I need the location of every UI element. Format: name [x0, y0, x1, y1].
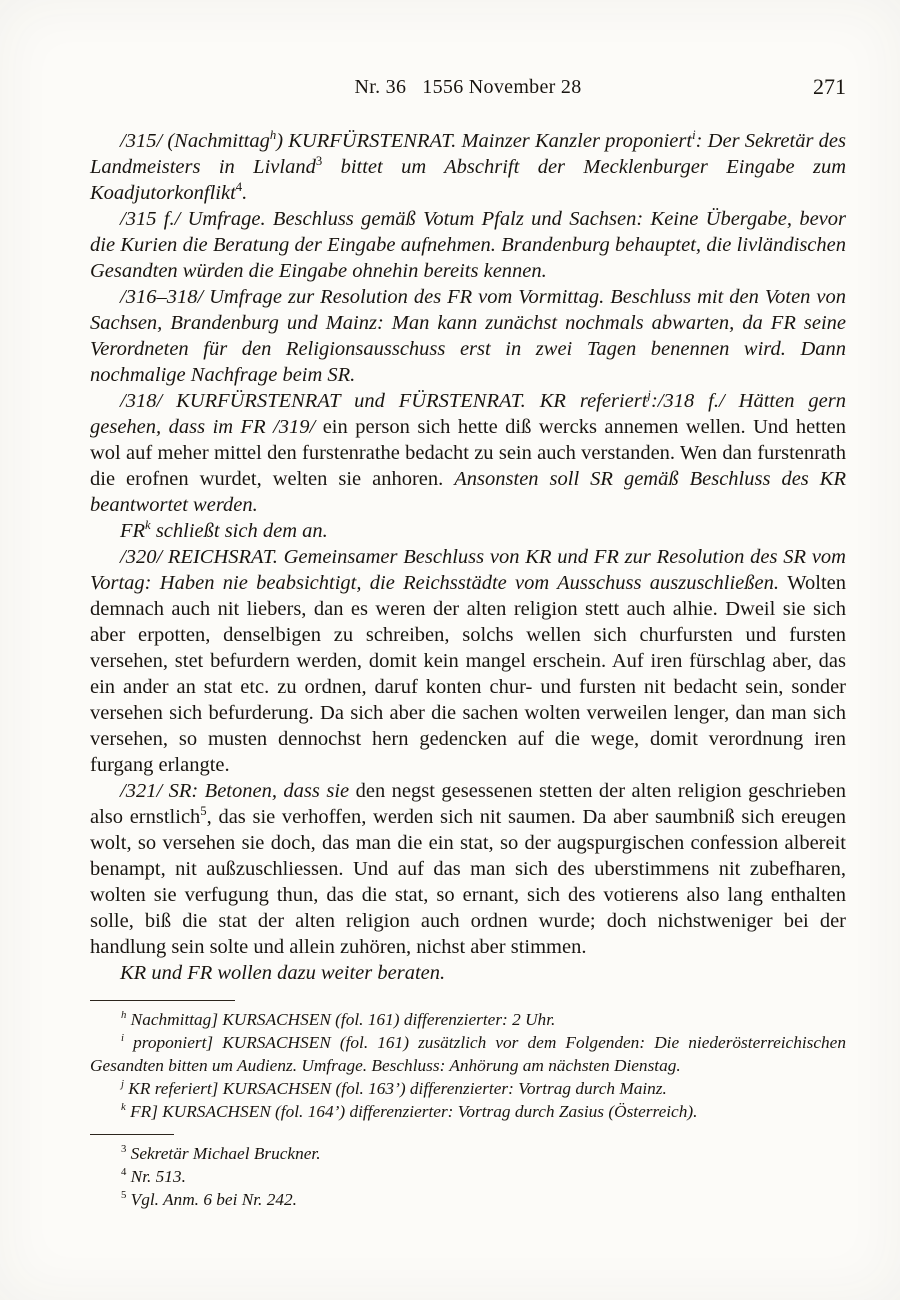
page-number: 271	[813, 74, 846, 100]
text-run: KR referiert] KURSACHSEN (fol. 163’) dif…	[124, 1079, 667, 1098]
footnote-marker: 5	[121, 1189, 126, 1201]
footnote-marker: k	[145, 518, 151, 532]
apparatus-note-h: h Nachmittag] KURSACHSEN (fol. 161) diff…	[90, 1008, 846, 1031]
para-315: /315/ (Nachmittagh) KURFÜRSTENRAT. Mainz…	[90, 128, 846, 206]
text-run: Wolten demnach auch nit liebers, dan es …	[90, 572, 846, 776]
running-head: Nr. 361556 November 28 271	[90, 76, 846, 102]
para-closing: KR und FR wollen dazu weiter beraten.	[90, 960, 846, 986]
text-run: FR	[120, 520, 145, 542]
book-page: Nr. 361556 November 28 271 /315/ (Nachmi…	[0, 0, 900, 1300]
text-run: /315/ (Nachmittag	[120, 130, 270, 152]
text-run: .	[242, 182, 247, 204]
numbered-footnotes: 3 Sekretär Michael Bruckner.4 Nr. 513.5 …	[90, 1134, 846, 1211]
text-run: Vgl. Anm. 6 bei Nr. 242.	[126, 1190, 297, 1209]
para-316-318: /316–318/ Umfrage zur Resolution des FR …	[90, 284, 846, 388]
text-run: ) KURFÜRSTENRAT. Mainzer Kanzler proponi…	[276, 130, 692, 152]
footnote-3: 3 Sekretär Michael Bruckner.	[90, 1142, 846, 1165]
footnote-5: 5 Vgl. Anm. 6 bei Nr. 242.	[90, 1188, 846, 1211]
running-title: Nr. 361556 November 28	[90, 76, 846, 99]
footnote-marker: h	[270, 128, 276, 142]
apparatus-note-k: k FR] KURSACHSEN (fol. 164’) differenzie…	[90, 1100, 846, 1123]
footnote-marker: i	[692, 128, 696, 142]
text-run: , das sie verhoffen, werden sich nit sau…	[90, 806, 846, 958]
para-320-reichsrat: /320/ REICHSRAT. Gemeinsamer Beschluss v…	[90, 544, 846, 778]
footnote-4: 4 Nr. 513.	[90, 1165, 846, 1188]
para-fr-assent: FRk schließt sich dem an.	[90, 518, 846, 544]
text-run: proponiert] KURSACHSEN (fol. 161) zusätz…	[90, 1033, 846, 1075]
text-run: Sekretär Michael Bruckner.	[126, 1144, 320, 1163]
apparatus-note-i: i proponiert] KURSACHSEN (fol. 161) zusä…	[90, 1031, 846, 1077]
text-run: KR und FR wollen dazu weiter beraten.	[120, 962, 445, 984]
footnote-marker: 3	[121, 1143, 126, 1155]
apparatus-footnotes: h Nachmittag] KURSACHSEN (fol. 161) diff…	[90, 1000, 846, 1123]
doc-date: 1556 November 28	[422, 76, 581, 98]
numbered-notes-list: 3 Sekretär Michael Bruckner.4 Nr. 513.5 …	[90, 1142, 846, 1211]
footnote-marker: 4	[236, 180, 242, 194]
footnote-marker: h	[121, 1009, 126, 1021]
footnote-separator-2	[90, 1134, 174, 1135]
para-315f: /315 f./ Umfrage. Beschluss gemäß Votum …	[90, 206, 846, 284]
para-318: /318/ KURFÜRSTENRAT und FÜRSTENRAT. KR r…	[90, 388, 846, 518]
para-321-sr: /321/ SR: Betonen, dass sie den negst ge…	[90, 778, 846, 960]
footnote-marker: 4	[121, 1166, 126, 1178]
text-run: FR] KURSACHSEN (fol. 164’) differenziert…	[126, 1102, 698, 1121]
document-body: /315/ (Nachmittagh) KURFÜRSTENRAT. Mainz…	[90, 128, 846, 986]
footnote-marker: i	[121, 1032, 124, 1044]
doc-number: Nr. 36	[354, 76, 406, 98]
footnote-marker: 5	[200, 804, 206, 818]
footnote-marker: j	[121, 1078, 124, 1090]
footnote-marker: j	[647, 388, 651, 402]
footnote-marker: 3	[316, 154, 322, 168]
page-content: Nr. 361556 November 28 271 /315/ (Nachmi…	[90, 76, 846, 1211]
text-run: /315 f./ Umfrage. Beschluss gemäß Votum …	[90, 208, 846, 282]
text-run: Nr. 513.	[126, 1167, 186, 1186]
text-run: /320/ REICHSRAT. Gemeinsamer Beschluss v…	[90, 546, 846, 594]
text-run: /316–318/ Umfrage zur Resolution des FR …	[90, 286, 846, 386]
footnote-separator	[90, 1000, 235, 1001]
text-run: Nachmittag] KURSACHSEN (fol. 161) differ…	[126, 1010, 555, 1029]
text-run: /318/ KURFÜRSTENRAT und FÜRSTENRAT. KR r…	[120, 390, 647, 412]
apparatus-note-j: j KR referiert] KURSACHSEN (fol. 163’) d…	[90, 1077, 846, 1100]
apparatus-notes-list: h Nachmittag] KURSACHSEN (fol. 161) diff…	[90, 1008, 846, 1123]
text-run: schließt sich dem an.	[151, 520, 328, 542]
text-run: /321/ SR: Betonen, dass sie	[120, 780, 356, 802]
footnote-marker: k	[121, 1101, 126, 1113]
